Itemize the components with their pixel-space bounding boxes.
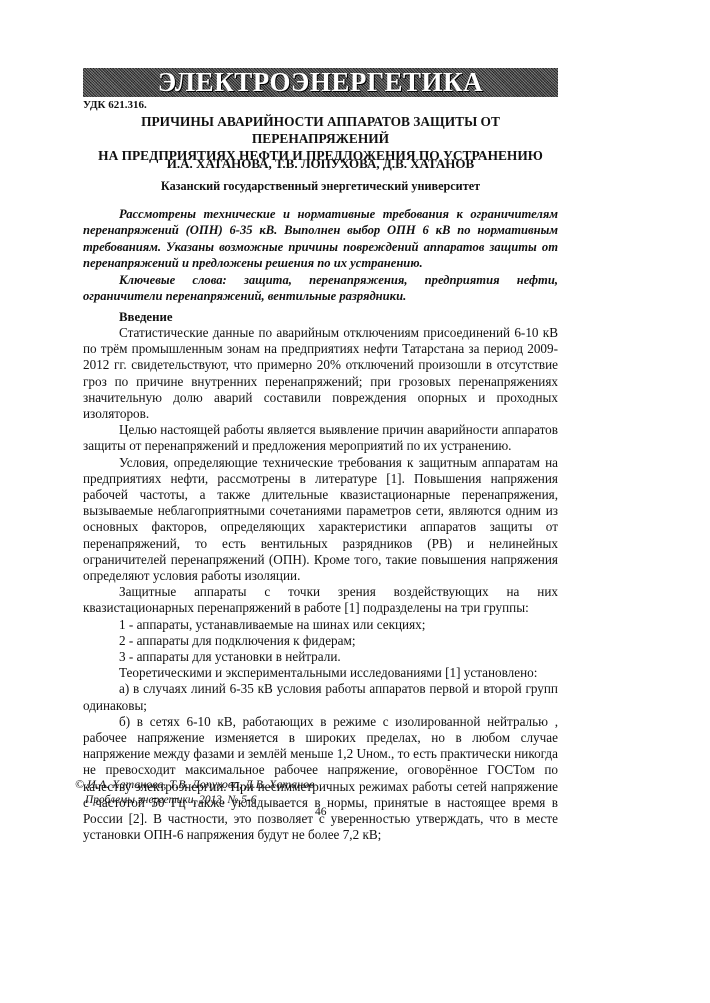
list-item: 2 - аппараты для подключения к фидерам; [83, 633, 558, 649]
udk-code: УДК 621.316. [83, 99, 147, 111]
abstract-text: Рассмотрены технические и нормативные тр… [83, 206, 558, 272]
page-number: 46 [315, 806, 327, 818]
paragraph: Защитные аппараты с точки зрения воздейс… [83, 584, 558, 616]
paragraph: Условия, определяющие технические требов… [83, 455, 558, 585]
paragraph: Целью настоящей работы является выявлени… [83, 422, 558, 454]
section-heading: Введение [83, 309, 558, 325]
paragraph: Статистические данные по аварийным отклю… [83, 325, 558, 422]
journal-info: Проблемы энергетики, 2013, № 5-6 [75, 792, 314, 808]
article-body: Введение Статистические данные по аварий… [83, 309, 558, 844]
paragraph: Теоретическими и экспериментальными иссл… [83, 665, 558, 681]
list-item: а) в случаях линий 6-35 кВ условия работ… [83, 681, 558, 713]
section-banner: ЭЛЕКТРОЭНЕРГЕТИКА [83, 68, 558, 97]
keywords: Ключевые слова: защита, перенапряжения, … [83, 272, 558, 305]
abstract: Рассмотрены технические и нормативные тр… [83, 206, 558, 304]
authors: И.А. ХАТАНОВА, Т.В. ЛОПУХОВА, Д.В. ХАТАН… [83, 156, 558, 172]
section-banner-title: ЭЛЕКТРОЭНЕРГЕТИКА [156, 67, 485, 99]
affiliation: Казанский государственный энергетический… [83, 179, 558, 194]
list-item: 1 - аппараты, устанавливаемые на шинах и… [83, 617, 558, 633]
copyright: © И.А. Хатанова, Т.В. Лопухова, Д.В. Хат… [75, 776, 314, 792]
list-item: 3 - аппараты для установки в нейтрали. [83, 649, 558, 665]
keywords-label: Ключевые слова: [119, 273, 227, 287]
footer-citation: © И.А. Хатанова, Т.В. Лопухова, Д.В. Хат… [75, 776, 314, 808]
title-line-1: ПРИЧИНЫ АВАРИЙНОСТИ АППАРАТОВ ЗАЩИТЫ ОТ … [83, 113, 558, 147]
